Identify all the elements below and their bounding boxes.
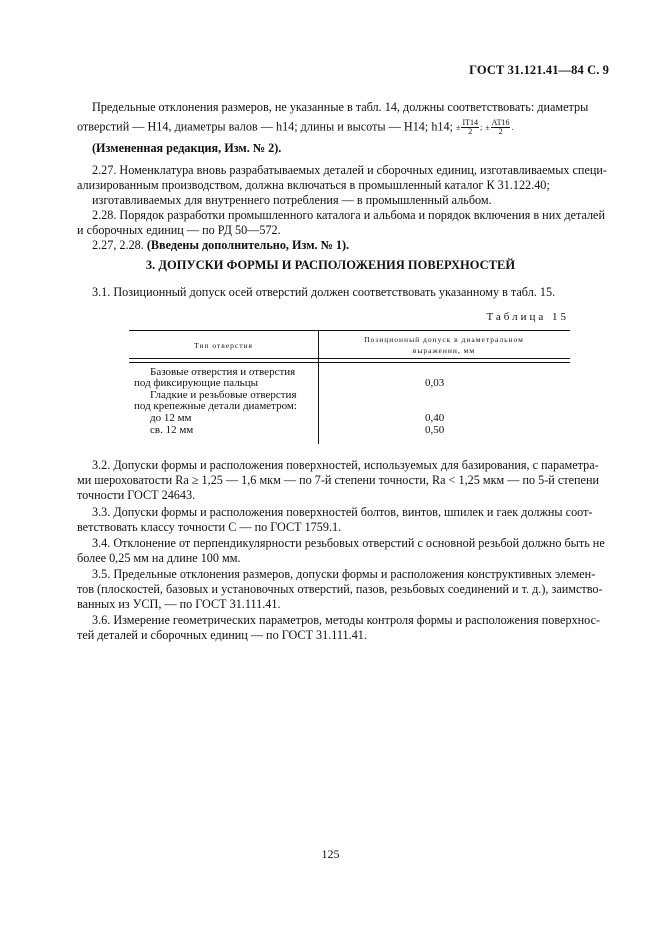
table-cell-value: 0,50 bbox=[425, 425, 444, 437]
intro-line-2: отверстий — H14, диаметры валов — h14; д… bbox=[77, 119, 513, 136]
clause-3-4-line-1: 3.4. Отклонение от перпендикулярности ре… bbox=[92, 536, 605, 551]
clause-2-27-line-3: изготавливаемых для внутреннего потребле… bbox=[92, 193, 492, 208]
clause-3-6-line-2: тей деталей и сборочных единиц — по ГОСТ… bbox=[77, 628, 367, 643]
table-cell-type: св. 12 мм bbox=[150, 425, 193, 437]
clause-3-5-line-1: 3.5. Предельные отклонения размеров, доп… bbox=[92, 567, 595, 582]
table-cell-type: до 12 мм bbox=[150, 413, 192, 425]
clause-3-2-line-2: ми шероховатости Ra ≥ 1,25 — 1,6 мкм — п… bbox=[77, 473, 599, 488]
clause-3-2-line-1: 3.2. Допуски формы и расположения поверх… bbox=[92, 458, 599, 473]
clause-3-3-line-1: 3.3. Допуски формы и расположения поверх… bbox=[92, 505, 593, 520]
table-cell-type: под крепежные детали диаметром: bbox=[134, 401, 297, 413]
clause-2-28-line-2: и сборочных единиц — по РД 50—572. bbox=[77, 223, 281, 238]
clause-3-2-line-3: точности ГОСТ 24643. bbox=[77, 488, 195, 503]
period: . bbox=[511, 123, 513, 132]
clause-2-28-line-1: 2.28. Порядок разработки промышленного к… bbox=[92, 208, 605, 223]
fraction-denominator: 2 bbox=[461, 128, 479, 136]
table-header-border bbox=[129, 358, 570, 359]
document-header: ГОСТ 31.121.41—84 С. 9 bbox=[469, 63, 609, 78]
table-header-hole-type: Тип отверстия bbox=[129, 340, 318, 351]
intro-line-1: Предельные отклонения размеров, не указа… bbox=[92, 100, 588, 115]
amendment-note-1: 2.27, 2.28. (Введены дополнительно, Изм.… bbox=[92, 238, 349, 253]
clause-3-5-line-3: ванных из УСП, — по ГОСТ 31.111.41. bbox=[77, 597, 281, 612]
clause-3-1: 3.1. Позиционный допуск осей отверстий д… bbox=[92, 285, 555, 300]
clause-3-6-line-1: 3.6. Измерение геометрических параметров… bbox=[92, 613, 600, 628]
clause-3-4-line-2: более 0,25 мм на длине 100 мм. bbox=[77, 551, 241, 566]
separator: ; bbox=[480, 123, 482, 132]
table-header-border bbox=[129, 362, 570, 363]
table-cell-value: 0,03 bbox=[425, 378, 444, 390]
plus-minus-sign: ± bbox=[456, 123, 460, 132]
intro-line-2-text: отверстий — H14, диаметры валов — h14; д… bbox=[77, 119, 453, 133]
page-number: 125 bbox=[0, 847, 661, 862]
fraction-it14: IT142 bbox=[461, 119, 479, 136]
clause-3-5-line-2: тов (плоскостей, базовых и установочных … bbox=[77, 582, 603, 597]
table-cell-type: под фиксирующие пальцы bbox=[134, 378, 258, 390]
table-header-tolerance-2: выражении, мм bbox=[318, 345, 570, 356]
clause-2-27-line-2: ализированным производством, должна вклю… bbox=[77, 178, 550, 193]
table-cell-value: 0,40 bbox=[425, 413, 444, 425]
clause-3-3-line-2: ветствовать классу точности С — по ГОСТ … bbox=[77, 520, 341, 535]
table-header-tolerance-1: Позиционный допуск в диаметральном bbox=[318, 334, 570, 345]
fraction-denominator: 2 bbox=[491, 128, 511, 136]
amendment-note-2: (Измененная редакция, Изм. № 2). bbox=[92, 141, 281, 156]
plus-minus-sign: ± bbox=[485, 123, 489, 132]
fraction-at16: AT162 bbox=[491, 119, 511, 136]
amendment-bold: (Введены дополнительно, Изм. № 1). bbox=[147, 238, 349, 252]
amendment-prefix: 2.27, 2.28. bbox=[92, 238, 144, 252]
table-top-border bbox=[129, 330, 570, 331]
clause-2-27-line-1: 2.27. Номенклатура вновь разрабатываемых… bbox=[92, 163, 607, 178]
table-caption: Таблица 15 bbox=[486, 311, 569, 323]
section-3-title: 3. ДОПУСКИ ФОРМЫ И РАСПОЛОЖЕНИЯ ПОВЕРХНО… bbox=[0, 258, 661, 273]
